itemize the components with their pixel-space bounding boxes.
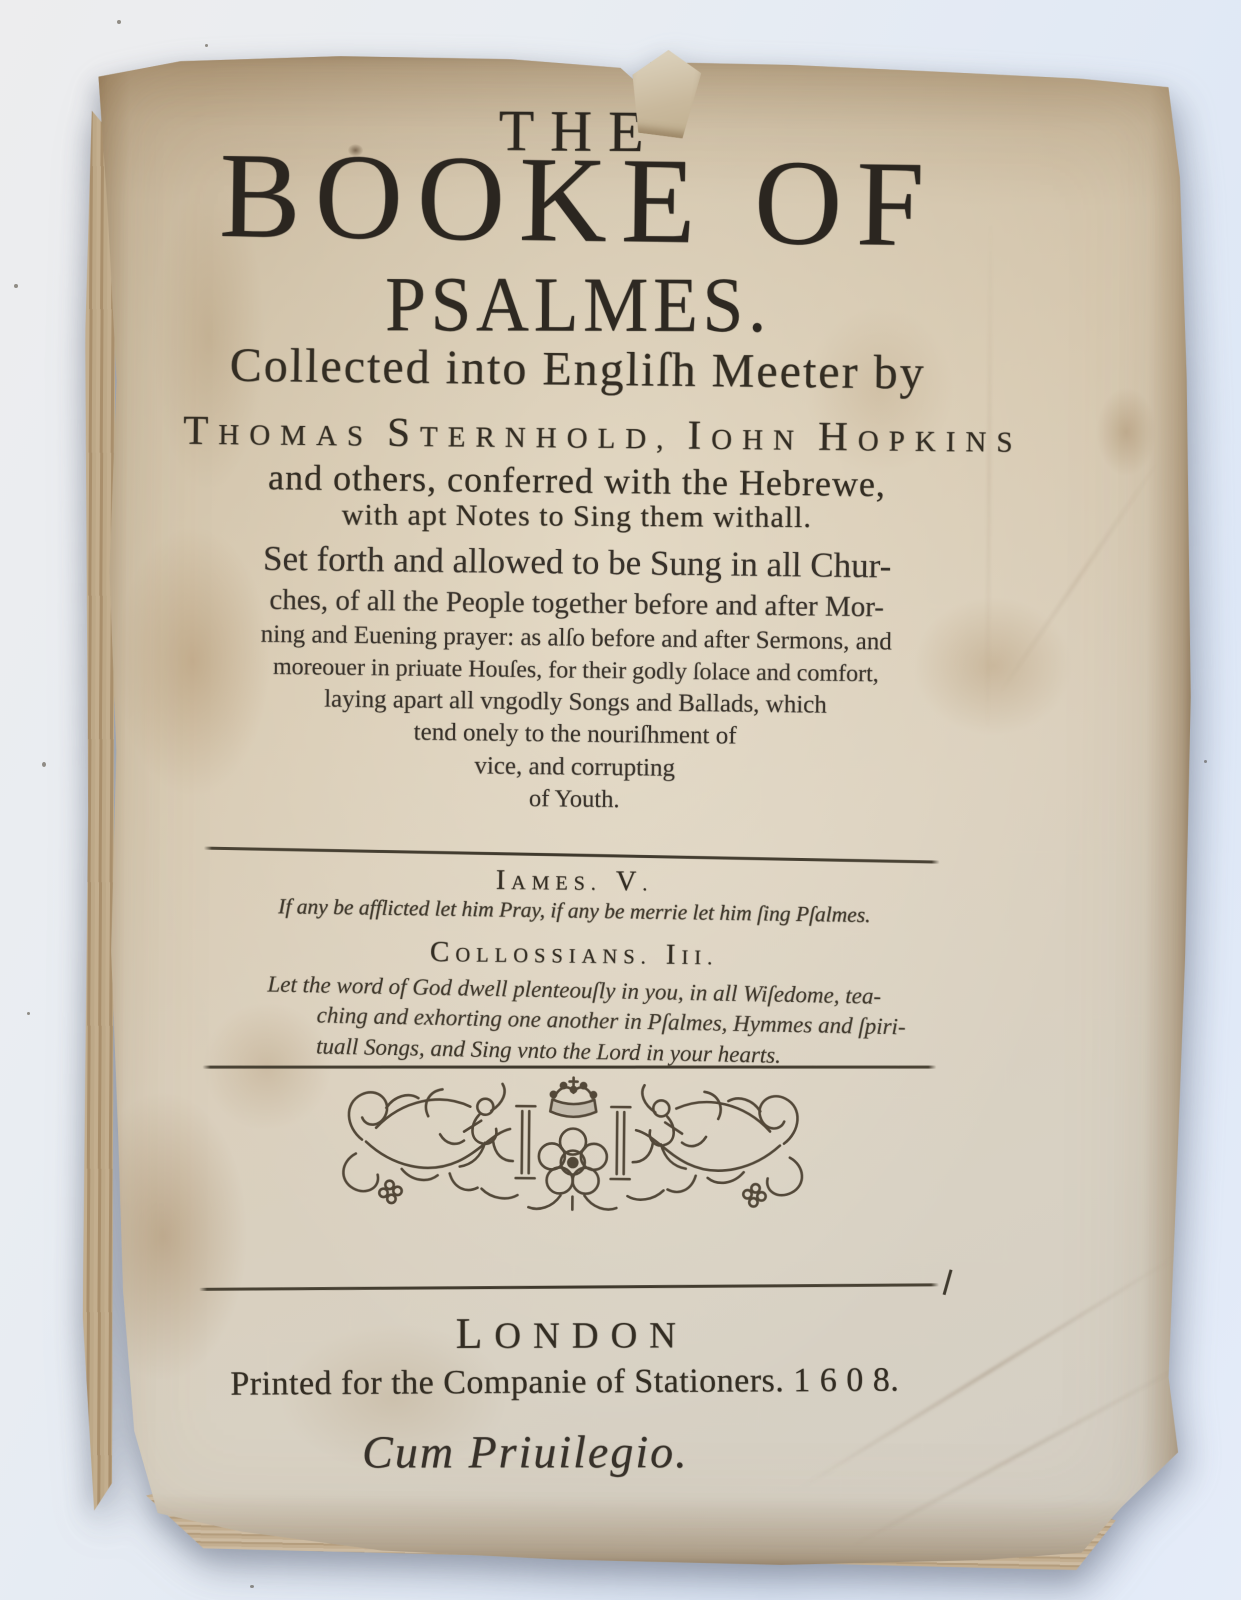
permission-paragraph: Set forth and allowed to be Sung in all … — [199, 535, 952, 820]
photo-background: THE BOOKE OF PSALMES. Collected into Eng… — [0, 0, 1241, 1600]
james-verse: If any be afflicted let him Pray, if any… — [278, 894, 871, 928]
dust-speck — [27, 1012, 30, 1015]
paper-stain — [1096, 387, 1157, 477]
dust-speck — [42, 762, 46, 767]
dust-speck — [14, 284, 18, 288]
printer-ornament-image — [329, 1073, 816, 1224]
rule-divider-1 — [204, 847, 940, 864]
dust-speck — [1204, 760, 1207, 763]
james-heading: IAMES.V. — [489, 865, 661, 899]
dust-speck — [205, 44, 208, 47]
rule-divider-3 — [199, 1283, 939, 1291]
imprint-line: Printed for the Companie of Stationers. … — [230, 1362, 899, 1404]
rule-divider-2 — [202, 1066, 936, 1069]
colossians-verse: Let the word of God dwell plenteouſly in… — [198, 968, 950, 1074]
imprint-city: LONDON — [449, 1308, 695, 1359]
colossians-heading: COLLOSSIANS.III. — [423, 936, 726, 972]
leaf-edges-left — [82, 111, 116, 1511]
dust-speck — [117, 20, 121, 24]
book-title-page: THE BOOKE OF PSALMES. Collected into Eng… — [81, 51, 1194, 1570]
page-title-booke-of: BOOKE OF — [219, 135, 939, 266]
book: THE BOOKE OF PSALMES. Collected into Eng… — [81, 51, 1194, 1570]
dust-speck — [250, 1585, 254, 1588]
paper-crease — [986, 216, 991, 736]
page-title-psalmes: PSALMES. — [385, 259, 771, 350]
authors-line: THOMASSTERNHOLD,IOHNHOPKINS — [176, 406, 1030, 462]
collected-line: Collected into Engliſh Meeter by — [229, 338, 925, 401]
paper-crease — [995, 458, 1161, 699]
privilege-line: Cum Priuilegio. — [362, 1425, 688, 1478]
notes-line: with apt Notes to Sing them withall. — [342, 498, 812, 535]
